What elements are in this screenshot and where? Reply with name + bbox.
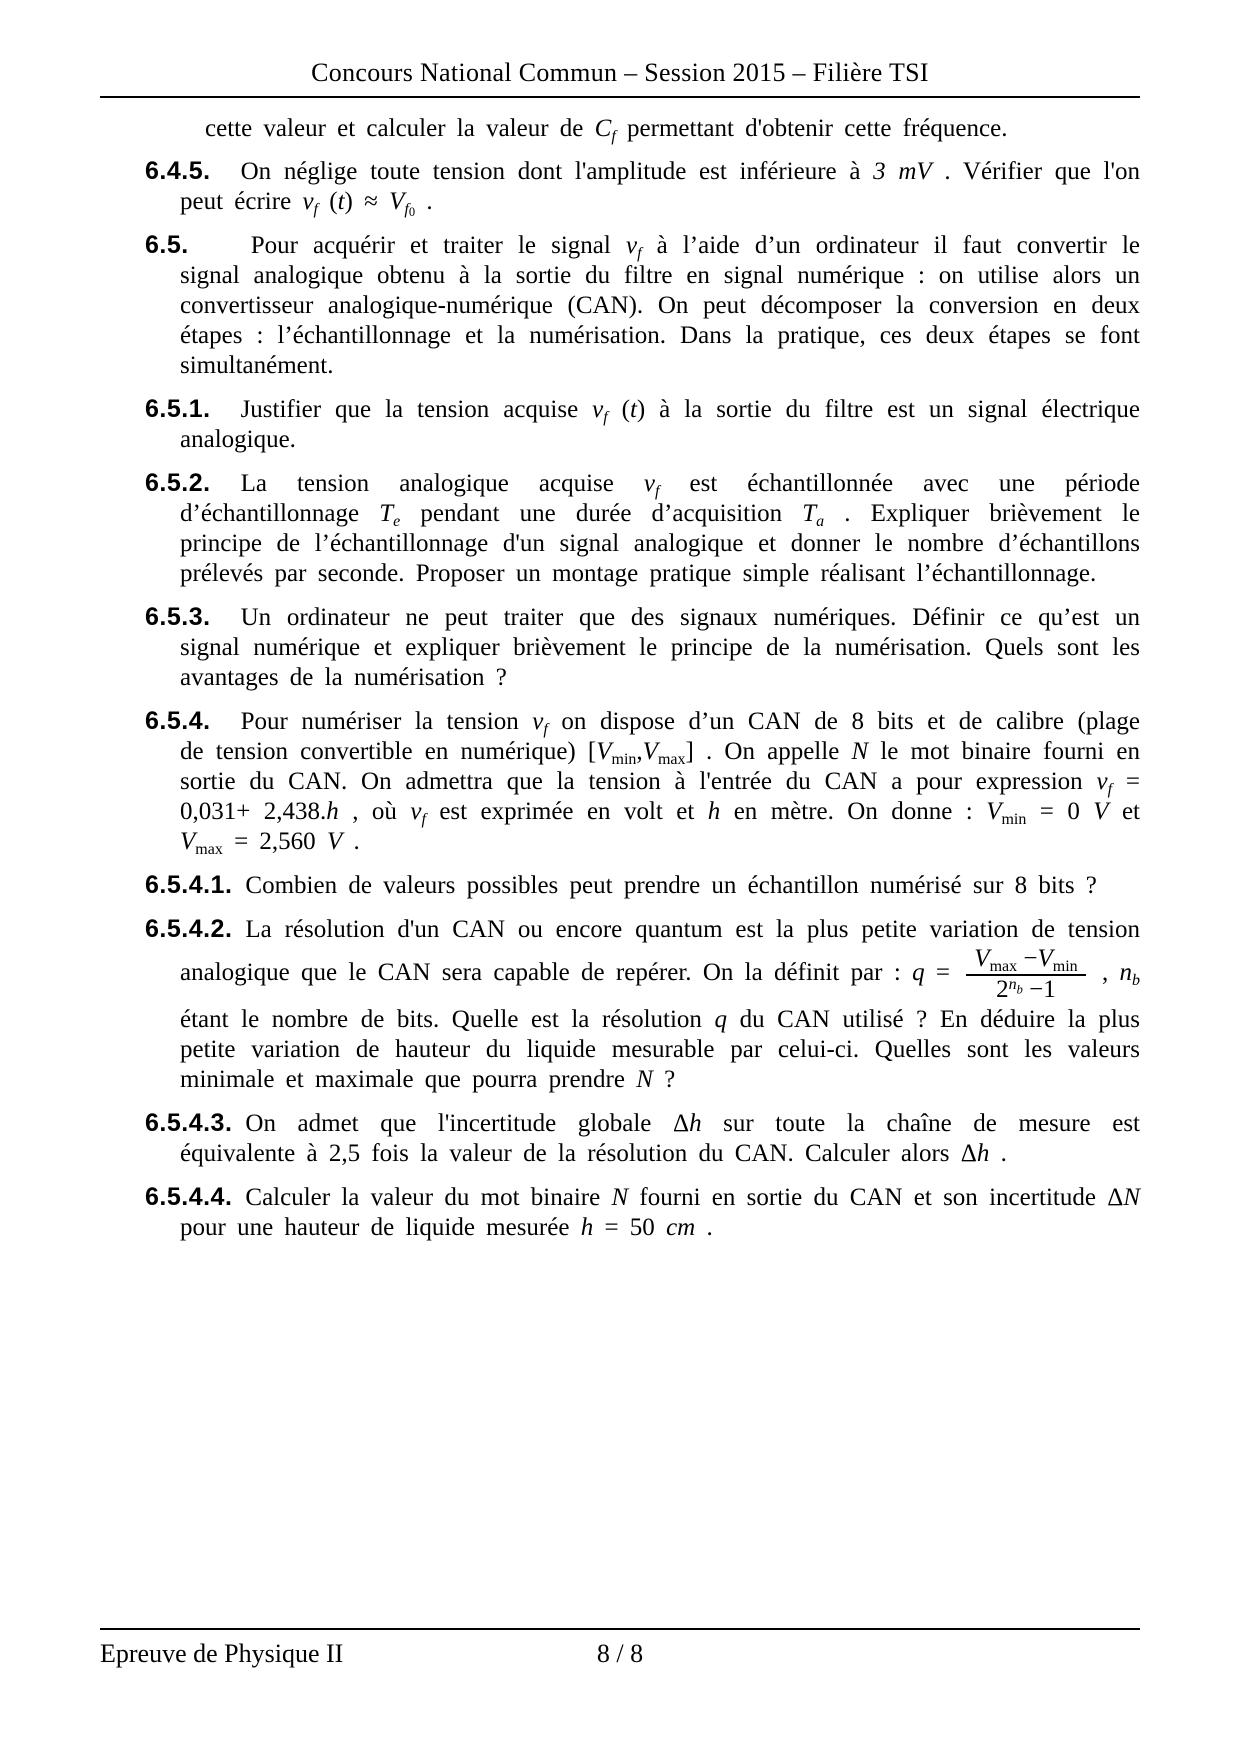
text-run: V	[327, 828, 342, 855]
text-run: .	[989, 1140, 1007, 1167]
text-run: Δ	[1107, 1184, 1123, 1211]
text-run: On admet que l'incertitude globale	[245, 1110, 673, 1137]
question-number: 6.5.3.	[145, 602, 211, 632]
text-run: , où	[339, 798, 411, 825]
question-number: 6.5.4.2.	[145, 914, 232, 944]
text-run: Justifier que la tension acquise	[241, 396, 593, 423]
text-run: Δ	[673, 1110, 689, 1137]
text-run: ] . On appelle	[686, 738, 852, 765]
text-run: 2	[996, 976, 1009, 1003]
text-run: V	[596, 738, 611, 765]
text-run: ) ≈	[345, 188, 390, 215]
question-text: Pour numériser la tension vf on dispose …	[180, 708, 1140, 855]
text-run: = 2,560	[223, 828, 327, 855]
question-number: 6.5.1.	[145, 394, 211, 424]
text-run: V	[389, 188, 404, 215]
question-6-5-4: 6.5.4.Pour numériser la tension vf on di…	[100, 706, 1140, 857]
question-text: Justifier que la tension acquise vf (t) …	[180, 396, 1140, 453]
text-run: V	[643, 738, 658, 765]
question-text: Combien de valeurs possibles peut prendr…	[245, 872, 1097, 899]
question-6-5-4-4: 6.5.4.4.Calculer la valeur du mot binair…	[100, 1182, 1140, 1243]
text-run: V	[974, 945, 989, 972]
question-6-5-4-3: 6.5.4.3.On admet que l'incertitude globa…	[100, 1108, 1140, 1169]
text-run: V	[180, 828, 195, 855]
text-run: v	[302, 188, 313, 215]
text-run: et	[1109, 798, 1140, 825]
footer-page-number: 8 / 8	[447, 1639, 794, 1669]
text-run: min	[1001, 811, 1026, 828]
footer-document-title: Epreuve de Physique II	[100, 1639, 447, 1669]
text-run: 3 mV	[873, 158, 932, 185]
question-6-5-2: 6.5.2.La tension analogique acquise vf e…	[100, 468, 1140, 589]
text-run: n	[1009, 976, 1017, 993]
text-run: h	[326, 798, 339, 825]
text-run: q	[715, 1006, 728, 1033]
text-run: = 50	[593, 1214, 666, 1241]
text-run: v	[532, 708, 543, 735]
question-6-5-4-2: 6.5.4.2.La résolution d'un CAN ou encore…	[100, 914, 1140, 1095]
text-run: q	[912, 959, 925, 986]
text-run: T	[802, 500, 816, 527]
text-run: max	[195, 841, 223, 858]
text-run: .	[415, 188, 433, 215]
text-run: −	[1017, 945, 1037, 972]
text-run: T	[379, 500, 393, 527]
text-run: h	[581, 1214, 594, 1241]
text-run: C	[595, 115, 612, 142]
document-page: Concours National Commun – Session 2015 …	[0, 0, 1240, 1754]
text-run: fourni en sortie du CAN et son incertitu…	[628, 1184, 1107, 1211]
question-number: 6.5.4.3.	[145, 1108, 232, 1138]
text-run: On néglige toute tension dont l'amplitud…	[241, 158, 874, 185]
text-run: est exprimée en volt et	[426, 798, 708, 825]
text-run: pour une hauteur de liquide mesurée	[180, 1214, 581, 1241]
fraction-denominator: 2nb −1	[966, 974, 1085, 1005]
text-run: a	[816, 513, 824, 530]
question-6-5-1: 6.5.1.Justifier que la tension acquise v…	[100, 394, 1140, 455]
text-run: min	[1053, 958, 1078, 975]
text-run: min	[612, 751, 637, 768]
text-run: =	[925, 959, 962, 986]
question-text: Pour acquérir et traiter le signal vf à …	[180, 232, 1140, 379]
text-run: .	[695, 1214, 713, 1241]
text-run: N	[851, 738, 868, 765]
question-text: Calculer la valeur du mot binaire N four…	[180, 1184, 1140, 1241]
text-run: Combien de valeurs possibles peut prendr…	[245, 872, 1097, 899]
page-footer: Epreuve de Physique II 8 / 8	[100, 1628, 1140, 1669]
text-run: (	[608, 396, 630, 423]
text-run: (	[318, 188, 338, 215]
text-run: max	[658, 751, 686, 768]
text-run: b	[1132, 973, 1140, 990]
text-run: cm	[666, 1214, 695, 1241]
text-run: N	[611, 1184, 628, 1211]
question-number: 6.5.4.1.	[145, 870, 232, 900]
text-run: en mètre. On donne :	[720, 798, 986, 825]
intro-paragraph: cette valeur et calculer la valeur de Cf…	[100, 114, 1140, 144]
text-run: permettant d'obtenir cette fréquence.	[616, 115, 1008, 142]
text-run: = 0	[1026, 798, 1093, 825]
question-text: Un ordinateur ne peut traiter que des si…	[180, 604, 1140, 691]
page-content: cette valeur et calculer la valeur de Cf…	[100, 104, 1140, 1256]
text-run: étant le nombre de bits. Quelle est la r…	[180, 1006, 715, 1033]
text-run: ,	[1091, 959, 1120, 986]
text-run: h	[977, 1140, 990, 1167]
question-text: La tension analogique acquise vf est éch…	[180, 470, 1140, 587]
question-6-5: 6.5.Pour acquérir et traiter le signal v…	[100, 230, 1140, 381]
text-run: V	[986, 798, 1001, 825]
question-6-5-3: 6.5.3.Un ordinateur ne peut traiter que …	[100, 602, 1140, 693]
text-run: Un ordinateur ne peut traiter que des si…	[180, 604, 1140, 691]
text-run: h	[708, 798, 721, 825]
text-run: .	[342, 828, 360, 855]
text-run: Δ	[961, 1140, 977, 1167]
text-run: −1	[1023, 976, 1056, 1003]
text-run: v	[626, 232, 637, 259]
text-run: v	[1097, 768, 1108, 795]
text-run: La tension analogique acquise	[241, 470, 644, 497]
text-run: N	[636, 1066, 653, 1093]
text-run: Calculer la valeur du mot binaire	[245, 1184, 611, 1211]
header-title: Concours National Commun – Session 2015 …	[311, 58, 929, 87]
text-run: V	[1037, 945, 1052, 972]
fraction-numerator: Vmax −Vmin	[966, 945, 1085, 974]
text-run: max	[990, 958, 1018, 975]
page-header: Concours National Commun – Session 2015 …	[100, 58, 1140, 98]
question-6-5-4-1: 6.5.4.1.Combien de valeurs possibles peu…	[100, 870, 1140, 901]
text-run: cette valeur et calculer la valeur de	[205, 115, 595, 142]
question-text: La résolution d'un CAN ou encore quantum…	[180, 916, 1140, 1093]
text-run: ?	[653, 1066, 675, 1093]
text-run: v	[592, 396, 603, 423]
question-text: On admet que l'incertitude globale Δh su…	[180, 1110, 1140, 1167]
text-run: V	[1093, 798, 1108, 825]
question-number: 6.5.2.	[145, 468, 211, 498]
text-run: Pour numériser la tension	[241, 708, 533, 735]
text-run: pendant une durée d’acquisition	[400, 500, 802, 527]
exam-page: { "header": { "title": "Concours Nationa…	[0, 0, 1240, 1754]
fraction: Vmax −Vmin2nb −1	[966, 945, 1085, 1005]
text-run: n	[1120, 959, 1133, 986]
text-run: Pour acquérir et traiter le signal	[251, 232, 626, 259]
text-run: v	[410, 798, 421, 825]
question-number: 6.5.4.	[145, 706, 211, 736]
text-run: h	[689, 1110, 702, 1137]
footer-spacer	[793, 1639, 1140, 1669]
text-run: t	[338, 188, 345, 215]
question-number: 6.5.	[145, 230, 189, 260]
question-number: 6.4.5.	[145, 156, 211, 186]
question-6-4-5: 6.4.5.On néglige toute tension dont l'am…	[100, 156, 1140, 217]
text-run: v	[644, 470, 655, 497]
question-text: On néglige toute tension dont l'amplitud…	[180, 158, 1140, 215]
text-run: N	[1123, 1184, 1140, 1211]
text-run: t	[630, 396, 637, 423]
question-number: 6.5.4.4.	[145, 1182, 232, 1212]
